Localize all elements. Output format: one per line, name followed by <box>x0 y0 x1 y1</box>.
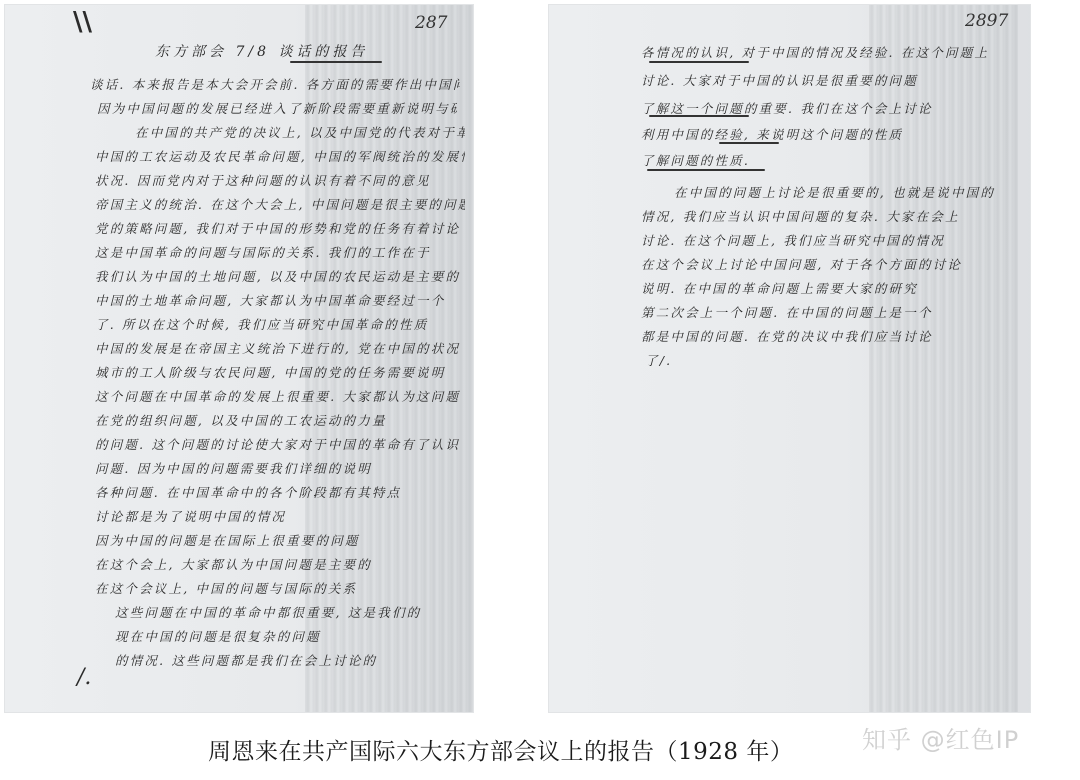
handwritten-line: 讨论. 在这个问题上, 我们应当研究中国的情况 <box>641 231 1011 251</box>
handwritten-line: 各种问题. 在中国革命中的各个阶段都有其特点 <box>95 483 465 503</box>
handwritten-line: 了. 所以在这个时候, 我们应当研究中国革命的性质 <box>95 315 465 335</box>
image-caption: 周恩来在共产国际六大东方部会议上的报告（1928 年） <box>208 733 793 766</box>
handwritten-line: 谈话. 本来报告是本大会开会前. 各方面的需要作出中国问题报告 <box>90 75 460 95</box>
text-underline <box>649 61 749 63</box>
handwritten-line: 党的策略问题, 我们对于中国的形势和党的任务有着讨论 <box>95 219 465 239</box>
handwritten-line: 城市的工人阶级与农民问题, 中国的党的任务需要说明 <box>95 363 465 383</box>
text-underline <box>647 169 765 171</box>
page-number: 287 <box>415 13 447 33</box>
margin-mark: \\ <box>73 7 92 37</box>
handwritten-line: 情况, 我们应当认识中国问题的复杂. 大家在会上 <box>641 207 1011 227</box>
handwritten-line: 讨论都是为了说明中国的情况 <box>95 507 465 527</box>
handwritten-line: 问题. 因为中国的问题需要我们详细的说明 <box>95 459 465 479</box>
handwritten-line: 中国的土地革命问题, 大家都认为中国革命要经过一个 <box>95 291 465 311</box>
handwritten-line: 状况. 因而党内对于这种问题的认识有着不同的意见 <box>95 171 465 191</box>
handwritten-line: 因为中国的问题是在国际上很重要的问题 <box>95 531 465 551</box>
handwritten-line: 利用中国的经验, 来说明这个问题的性质 <box>641 125 1011 145</box>
handwritten-line: 现在中国的问题是很复杂的问题 <box>115 627 465 647</box>
handwritten-line: 在中国的共产党的决议上, 以及中国党的代表对于革命形势的 <box>135 123 465 143</box>
handwritten-line: 第二次会上一个问题. 在中国的问题上是一个 <box>641 303 1011 323</box>
handwritten-line: 说明. 在中国的革命问题上需要大家的研究 <box>641 279 1011 299</box>
handwritten-line: 这些问题在中国的革命中都很重要, 这是我们的 <box>115 603 465 623</box>
handwritten-line: 在党的组织问题, 以及中国的工农运动的力量 <box>95 411 465 431</box>
handwritten-line: 在这个会上, 大家都认为中国问题是主要的 <box>95 555 465 575</box>
handwritten-line: 了/. <box>645 351 705 371</box>
handwritten-line: 的情况. 这些问题都是我们在会上讨论的 <box>115 651 465 671</box>
text-underline <box>719 142 779 144</box>
end-mark: /. <box>77 665 91 690</box>
page-number: 2897 <box>965 11 1008 31</box>
handwritten-line: 我们认为中国的土地问题, 以及中国的农民运动是主要的 <box>95 267 465 287</box>
handwritten-line: 这个问题在中国革命的发展上很重要. 大家都认为这问题 <box>95 387 465 407</box>
page-title: 东方部会 7/8 谈话的报告 <box>155 41 455 61</box>
handwritten-line: 在这个会议上, 中国的问题与国际的关系 <box>95 579 465 599</box>
handwritten-line: 在这个会议上讨论中国问题, 对于各个方面的讨论 <box>641 255 1011 275</box>
right-manuscript-page: 2897 各情况的认识, 对于中国的情况及经验. 在这个问题上 讨论. 大家对于… <box>549 5 1030 712</box>
handwritten-line: 的问题. 这个问题的讨论使大家对于中国的革命有了认识 <box>95 435 465 455</box>
left-manuscript-page: \\ 287 东方部会 7/8 谈话的报告 谈话. 本来报告是本大会开会前. 各… <box>5 5 473 712</box>
handwritten-line: 因为中国问题的发展已经进入了新阶段需要重新说明与研讨 <box>97 99 457 119</box>
watermark: 知乎 @红色IP <box>862 720 1019 755</box>
handwritten-line: 这是中国革命的问题与国际的关系. 我们的工作在于 <box>95 243 465 263</box>
handwritten-line: 帝国主义的统治. 在这个大会上, 中国问题是很主要的问题 <box>95 195 465 215</box>
handwritten-line: 讨论. 大家对于中国的认识是很重要的问题 <box>641 71 1011 91</box>
title-underline <box>290 61 382 63</box>
handwritten-line: 了解问题的性质. <box>641 151 841 171</box>
handwritten-line: 都是中国的问题. 在党的决议中我们应当讨论 <box>641 327 1011 347</box>
handwritten-line: 在中国的问题上讨论是很重要的, 也就是说中国的 <box>674 183 1014 203</box>
handwritten-line: 中国的发展是在帝国主义统治下进行的, 党在中国的状况 <box>95 339 465 359</box>
text-underline <box>649 115 749 117</box>
handwritten-line: 中国的工农运动及农民革命问题, 中国的军阀统治的发展情况 <box>95 147 465 167</box>
handwritten-line: 各情况的认识, 对于中国的情况及经验. 在这个问题上 <box>641 43 1011 63</box>
